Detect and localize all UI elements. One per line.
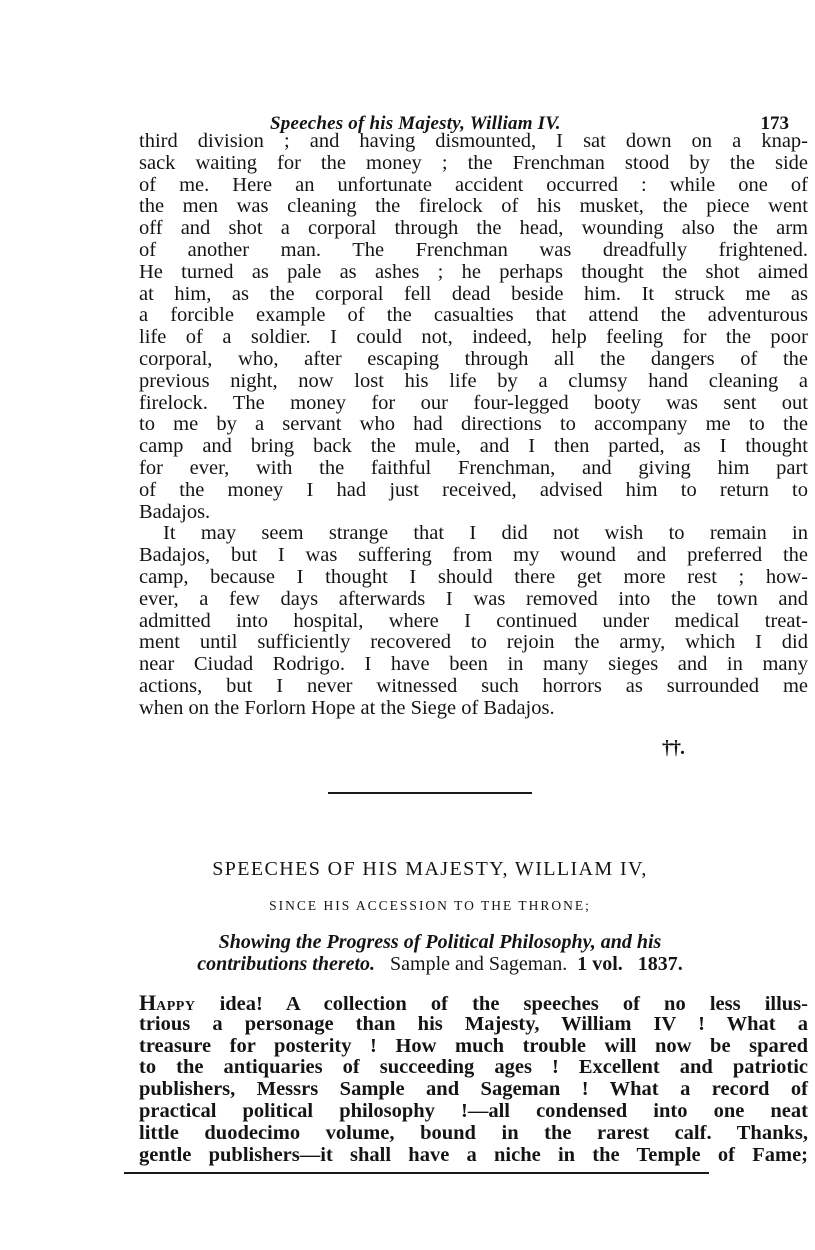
- text-line: ment until sufficiently recovered to rej…: [139, 632, 808, 654]
- text-line: when on the Forlorn Hope at the Siege of…: [139, 698, 808, 720]
- text-line: at him, as the corporal fell dead beside…: [139, 284, 808, 306]
- text-line: camp, because I thought I should there g…: [139, 567, 808, 589]
- text-line: practical political philosophy !—all con…: [139, 1101, 808, 1123]
- text-line: to me by a servant who had directions to…: [139, 414, 808, 436]
- review-reference: Showing the Progress of Political Philos…: [180, 931, 700, 975]
- text-line: of me. Here an unfortunate accident occu…: [139, 175, 808, 197]
- smallcaps-word: appy: [156, 993, 195, 1015]
- text-line: trious a personage than his Majesty, Wil…: [139, 1014, 808, 1036]
- publisher: Sample and Sageman.: [390, 953, 567, 975]
- text-line: little duodecimo volume, bound in the ra…: [139, 1123, 808, 1145]
- bottom-rule: [124, 1172, 709, 1174]
- text-line: Badajos.: [139, 502, 808, 524]
- text-line: the men was cleaning the firelock of his…: [139, 196, 808, 218]
- review-subtitle: Showing the Progress of Political Philos…: [219, 931, 662, 953]
- book-page: Speeches of his Majesty, William IV. 173…: [0, 0, 815, 1250]
- text-line: treasure for posterity ! How much troubl…: [139, 1036, 808, 1058]
- publication-year: 1837.: [638, 953, 683, 975]
- text-line: near Ciudad Rodrigo. I have been in many…: [139, 654, 808, 676]
- volume-count: 1 vol.: [577, 953, 623, 975]
- section-divider: [328, 792, 532, 794]
- text-line: It may seem strange that I did not wish …: [139, 523, 808, 545]
- first-line-text: idea! A collection of the speeches of no…: [195, 993, 808, 1015]
- author-signature: ††.: [662, 737, 684, 760]
- review-text: Happy idea! A collection of the speeches…: [139, 992, 808, 1166]
- narrative-text: third division ; and having dismounted, …: [139, 131, 808, 720]
- review-heading: SPEECHES OF HIS MAJESTY, WILLIAM IV,: [180, 858, 680, 881]
- text-line: actions, but I never witnessed such horr…: [139, 676, 808, 698]
- text-line: of the money I had just received, advise…: [139, 480, 808, 502]
- text-line: He turned as pale as ashes ; he perhaps …: [139, 262, 808, 284]
- review-subtitle-continued: contributions thereto.: [197, 953, 375, 975]
- text-line: for ever, with the faithful Frenchman, a…: [139, 458, 808, 480]
- review-subheading: SINCE HIS ACCESSION TO THE THRONE;: [180, 898, 680, 914]
- text-line: sack waiting for the money ; the Frenchm…: [139, 153, 808, 175]
- text-line: ever, a few days afterwards I was remove…: [139, 589, 808, 611]
- text-line: gentle publishers—it shall have a niche …: [139, 1145, 808, 1167]
- text-line: life of a soldier. I could not, indeed, …: [139, 327, 808, 349]
- text-line: off and shot a corporal through the head…: [139, 218, 808, 240]
- text-line: to the antiquaries of succeeding ages ! …: [139, 1057, 808, 1079]
- text-line: publishers, Messrs Sample and Sageman ! …: [139, 1079, 808, 1101]
- text-line: a forcible example of the casualties tha…: [139, 305, 808, 327]
- text-line: corporal, who, after escaping through al…: [139, 349, 808, 371]
- text-line: of another man. The Frenchman was dreadf…: [139, 240, 808, 262]
- text-line: firelock. The money for our four-legged …: [139, 393, 808, 415]
- text-line: third division ; and having dismounted, …: [139, 131, 808, 153]
- text-line: Badajos, but I was suffering from my wou…: [139, 545, 808, 567]
- dropcap-letter: H: [139, 990, 156, 1015]
- text-line: previous night, now lost his life by a c…: [139, 371, 808, 393]
- text-line: admitted into hospital, where I continue…: [139, 611, 808, 633]
- text-line: Happy idea! A collection of the speeches…: [139, 992, 808, 1014]
- text-line: camp and bring back the mule, and I then…: [139, 436, 808, 458]
